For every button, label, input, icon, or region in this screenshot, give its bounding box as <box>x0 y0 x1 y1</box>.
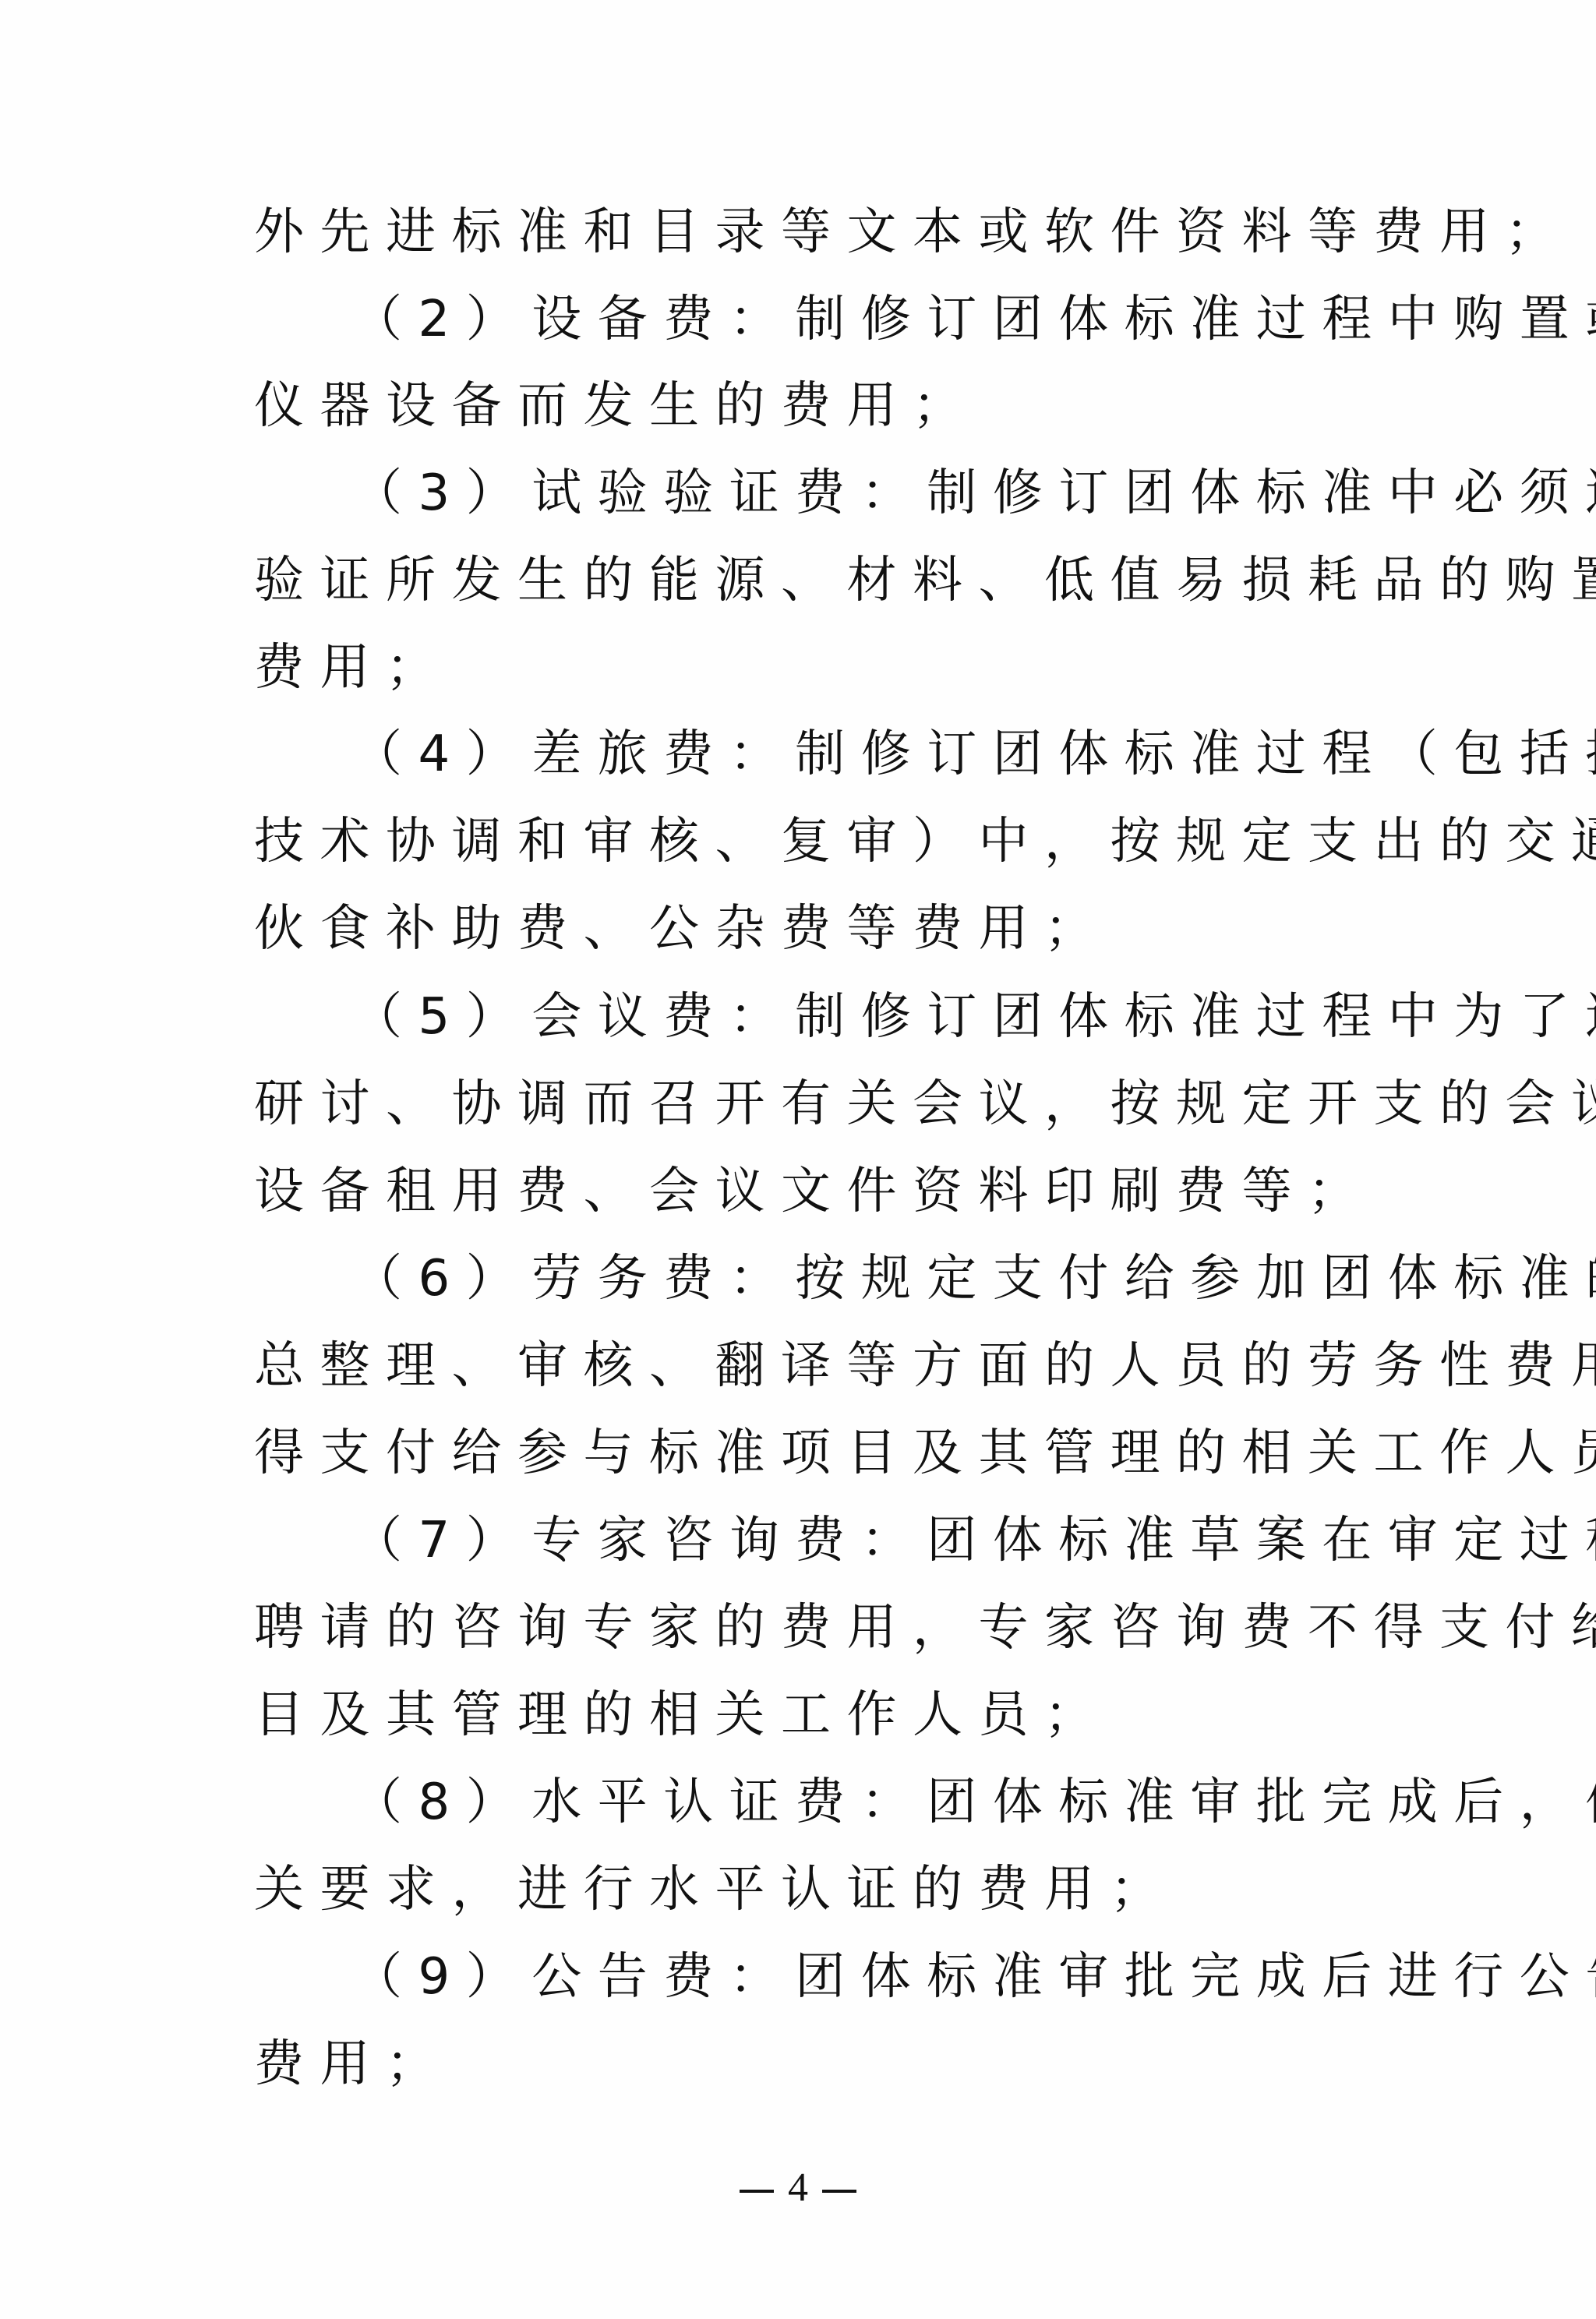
document-page: 外先进标准和目录等文本或软件资料等费用； （2）设备费：制修订团体标准过程中购置… <box>0 0 1596 2319</box>
text-line: 总整理、审核、翻译等方面的人员的劳务性费用，劳务费不 <box>254 1331 1392 1401</box>
item-5-heading-line: （5）会议费：制修订团体标准过程中为了进行论证、 <box>352 982 1490 1052</box>
item-2-heading-line: （2）设备费：制修订团体标准过程中购置或租赁试验 <box>352 284 1490 355</box>
text-line: 伙食补助费、公杂费等费用； <box>254 894 1392 964</box>
item-6-heading-line: （6）劳务费：按规定支付给参加团体标准的起草、汇 <box>352 1244 1490 1314</box>
text-line: 设备租用费、会议文件资料印刷费等； <box>254 1156 1392 1227</box>
text-line: 费用； <box>254 633 1392 703</box>
text-line: 验证所发生的能源、材料、低值易损耗品的购置费用及测试 <box>254 545 1392 616</box>
text-line: 仪器设备而发生的费用； <box>254 371 1392 441</box>
text-line: 外先进标准和目录等文本或软件资料等费用； <box>254 197 1392 267</box>
text-line: 得支付给参与标准项目及其管理的相关工作人员； <box>254 1418 1392 1488</box>
page-number: 4 <box>0 2157 1596 2219</box>
page-number-value: 4 <box>788 2165 808 2210</box>
item-8-heading-line: （8）水平认证费：团体标准审批完成后，依据国家有 <box>352 1767 1490 1837</box>
item-7-heading-line: （7）专家咨询费：团体标准草案在审定过程中支付给 <box>352 1505 1490 1576</box>
dash-right <box>822 2190 856 2193</box>
text-line: 费用； <box>254 2029 1392 2099</box>
text-line: 目及其管理的相关工作人员； <box>254 1680 1392 1750</box>
item-4-heading-line: （4）差旅费：制修订团体标准过程（包括技术审查、 <box>352 719 1490 789</box>
dash-left <box>740 2190 774 2193</box>
text-line: 研讨、协调而召开有关会议，按规定开支的会议场地和仪器 <box>254 1069 1392 1139</box>
text-line: 关要求，进行水平认证的费用； <box>254 1855 1392 1925</box>
item-3-heading-line: （3）试验验证费：制修订团体标准中必须进行的试验、 <box>352 458 1490 528</box>
text-line: 聘请的咨询专家的费用，专家咨询费不得支付给参与标准项 <box>254 1593 1392 1663</box>
item-9-heading-line: （9）公告费：团体标准审批完成后进行公告所发生的 <box>352 1942 1490 2012</box>
text-line: 技术协调和审核、复审）中，按规定支出的交通费、住宿费、 <box>254 807 1392 877</box>
